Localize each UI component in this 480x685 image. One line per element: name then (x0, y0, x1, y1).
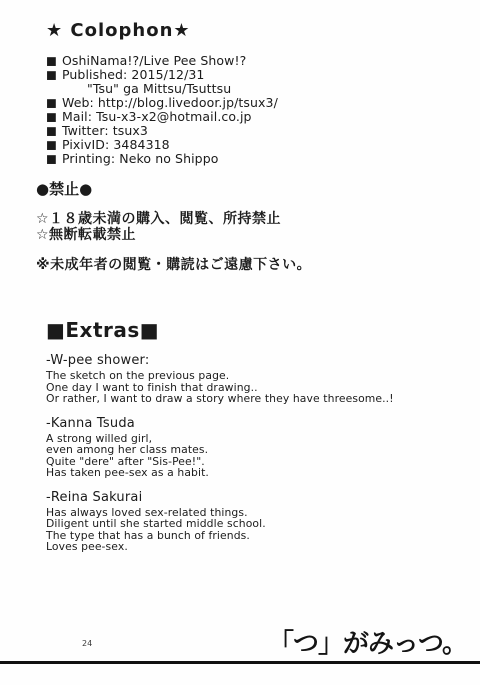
colophon-item: ■OshiNama!?/Live Pee Show!? (46, 54, 278, 68)
colophon-page: ★ Colophon★ ■OshiNama!?/Live Pee Show!? … (0, 0, 480, 685)
colophon-title: ★ Colophon★ (46, 20, 278, 41)
extras-entry-reina-sakurai: -Reina Sakurai Has always loved sex-rela… (46, 490, 394, 553)
square-bullet-icon: ■ (46, 96, 57, 109)
colophon-item-text: Web: http://blog.livedoor.jp/tsux3/ (62, 95, 278, 110)
prohibition-rule: ☆１８歳未満の購入、閲覧、所持禁止 (36, 212, 311, 228)
colophon-item-text: Mail: Tsu-x3-x2@hotmail.co.jp (62, 109, 252, 124)
colophon-section: ★ Colophon★ ■OshiNama!?/Live Pee Show!? … (46, 20, 278, 167)
extras-entry-line: Or rather, I want to draw a story where … (46, 393, 394, 405)
extras-entry-line: Has taken pee-sex as a habit. (46, 467, 394, 479)
square-bullet-icon: ■ (46, 153, 57, 166)
circle-logo: 「つ」がみっつ。 (268, 623, 467, 660)
colophon-item-text: Printing: Neko no Shippo (62, 151, 219, 166)
colophon-item: ■Published: 2015/12/31 (46, 68, 278, 82)
extras-entry-line: even among her class mates. (46, 444, 394, 456)
colophon-list: ■OshiNama!?/Live Pee Show!? ■Published: … (46, 54, 278, 167)
square-bullet-icon: ■ (46, 139, 57, 152)
colophon-item-text: PixivID: 3484318 (62, 137, 170, 152)
colophon-item-text: OshiNama!?/Live Pee Show!? (62, 53, 246, 68)
prohibition-section: ●禁止● ☆１８歳未満の購入、閲覧、所持禁止 ☆無断転載禁止 ※未成年者の閲覧・… (36, 178, 311, 274)
extras-entry-heading: -Kanna Tsuda (46, 416, 394, 431)
colophon-item: ■Web: http://blog.livedoor.jp/tsux3/ (46, 96, 278, 110)
colophon-item: ■PixivID: 3484318 (46, 138, 278, 152)
square-bullet-icon: ■ (46, 110, 57, 123)
prohibition-title: ●禁止● (36, 178, 311, 199)
square-bullet-icon: ■ (46, 125, 57, 138)
colophon-item-text: Twitter: tsux3 (62, 123, 148, 138)
page-number: 24 (82, 639, 92, 648)
extras-entry-kanna-tsuda: -Kanna Tsuda A strong willed girl, even … (46, 416, 394, 479)
square-bullet-icon: ■ (46, 69, 57, 82)
extras-entry-line: The sketch on the previous page. (46, 370, 394, 382)
prohibition-note: ※未成年者の閲覧・購読はご遠慮下さい。 (36, 254, 311, 274)
extras-entry-w-pee-shower: -W-pee shower: The sketch on the previou… (46, 353, 394, 405)
square-bullet-icon: ■ (46, 55, 57, 68)
colophon-item: ■Twitter: tsux3 (46, 124, 278, 138)
colophon-item: ■Mail: Tsu-x3-x2@hotmail.co.jp (46, 110, 278, 124)
colophon-item: ■Printing: Neko no Shippo (46, 152, 278, 166)
extras-entry-line: Loves pee-sex. (46, 541, 394, 553)
extras-entry-heading: -Reina Sakurai (46, 490, 394, 505)
extras-section: ■Extras■ -W-pee shower: The sketch on th… (46, 318, 394, 553)
extras-entry-line: Diligent until she started middle school… (46, 518, 394, 530)
prohibition-rules: ☆１８歳未満の購入、閲覧、所持禁止 ☆無断転載禁止 (36, 212, 311, 243)
prohibition-rule: ☆無断転載禁止 (36, 228, 311, 244)
extras-entry-heading: -W-pee shower: (46, 353, 394, 368)
extras-title: ■Extras■ (46, 318, 394, 342)
colophon-item-text: Published: 2015/12/31 (62, 67, 205, 82)
bottom-rule-divider (0, 661, 480, 664)
